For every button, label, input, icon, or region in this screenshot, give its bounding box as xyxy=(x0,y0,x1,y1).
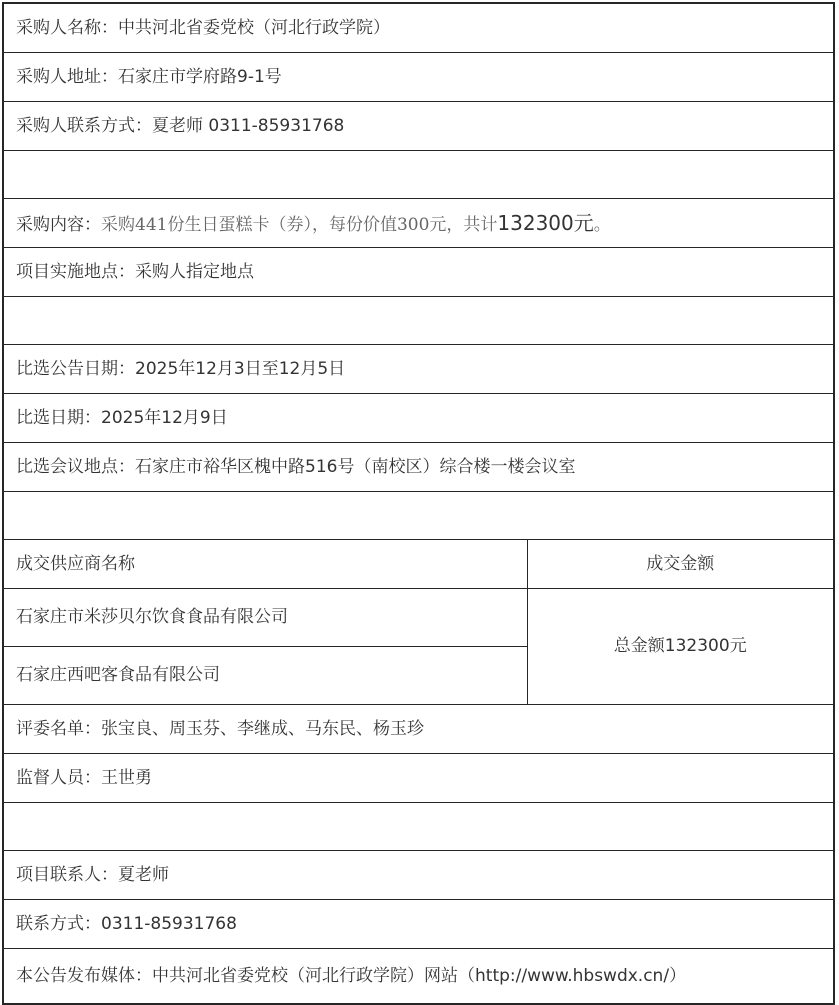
judges-value: 张宝良、周玉芬、李继成、马东民、杨玉珍 xyxy=(101,719,424,739)
implementation-location-label: 项目实施地点： xyxy=(16,262,135,282)
meeting-location-label: 比选会议地点： xyxy=(16,457,135,477)
purchaser-address-value: 石家庄市学府路9-1号 xyxy=(118,67,282,87)
supplier-name: 石家庄西吧客食品有限公司 xyxy=(16,665,220,685)
purchaser-name-cell: 采购人名称：中共河北省委党校（河北行政学院） xyxy=(3,3,834,53)
supplier-amount-header-cell: 成交金额 xyxy=(527,540,834,589)
row-purchaser-contact: 采购人联系方式：夏老师 0311-85931768 xyxy=(3,102,834,151)
spacer-cell xyxy=(3,492,834,540)
supplier-name-cell: 石家庄市米莎贝尔饮食食品有限公司 xyxy=(3,589,527,647)
contact-phone-label: 联系方式： xyxy=(16,914,101,934)
spacer-row xyxy=(3,803,834,851)
purchaser-address-cell: 采购人地址：石家庄市学府路9-1号 xyxy=(3,53,834,102)
purchase-content-amount: 132300元 xyxy=(497,211,593,235)
purchaser-name-value: 中共河北省委党校（河北行政学院） xyxy=(118,18,390,38)
purchaser-contact-cell: 采购人联系方式：夏老师 0311-85931768 xyxy=(3,102,834,151)
row-selection-date: 比选日期：2025年12月9日 xyxy=(3,394,834,443)
procurement-announcement-table: 采购人名称：中共河北省委党校（河北行政学院） 采购人地址：石家庄市学府路9-1号… xyxy=(2,2,835,1005)
row-supervisor: 监督人员：王世勇 xyxy=(3,754,834,803)
spacer-cell xyxy=(3,803,834,851)
supplier-amount-header: 成交金额 xyxy=(646,554,714,574)
purchase-content-detail: 采购441份生日蛋糕卡（券），每份价值300元，共计 xyxy=(101,215,497,235)
purchase-content-cell: 采购内容：采购441份生日蛋糕卡（券），每份价值300元，共计132300元。 xyxy=(3,199,834,248)
supplier-name: 石家庄市米莎贝尔饮食食品有限公司 xyxy=(16,607,288,627)
implementation-location-cell: 项目实施地点：采购人指定地点 xyxy=(3,248,834,297)
supervisor-cell: 监督人员：王世勇 xyxy=(3,754,834,803)
total-amount: 总金额132300元 xyxy=(614,636,747,656)
purchaser-address-label: 采购人地址： xyxy=(16,67,118,87)
supervisor-value: 王世勇 xyxy=(101,768,152,788)
row-project-contact: 项目联系人：夏老师 xyxy=(3,851,834,900)
row-announcement-date: 比选公告日期：2025年12月3日至12月5日 xyxy=(3,345,834,394)
purchaser-contact-value: 夏老师 0311-85931768 xyxy=(152,116,344,136)
announcement-date-label: 比选公告日期： xyxy=(16,359,135,379)
announcement-date-cell: 比选公告日期：2025年12月3日至12月5日 xyxy=(3,345,834,394)
total-amount-cell: 总金额132300元 xyxy=(527,589,834,705)
publish-media-cell: 本公告发布媒体：中共河北省委党校（河北行政学院）网站（http://www.hb… xyxy=(3,949,834,1005)
supplier-header-row: 成交供应商名称 成交金额 xyxy=(3,540,834,589)
purchaser-contact-label: 采购人联系方式： xyxy=(16,116,152,136)
row-purchaser-name: 采购人名称：中共河北省委党校（河北行政学院） xyxy=(3,3,834,53)
announcement-page: 采购人名称：中共河北省委党校（河北行政学院） 采购人地址：石家庄市学府路9-1号… xyxy=(0,0,839,988)
row-contact-phone: 联系方式：0311-85931768 xyxy=(3,900,834,949)
judges-cell: 评委名单：张宝良、周玉芬、李继成、马东民、杨玉珍 xyxy=(3,705,834,754)
purchase-content-label: 采购内容： xyxy=(16,215,101,235)
meeting-location-cell: 比选会议地点：石家庄市裕华区槐中路516号（南校区）综合楼一楼会议室 xyxy=(3,443,834,492)
purchaser-name-label: 采购人名称： xyxy=(16,18,118,38)
judges-label: 评委名单： xyxy=(16,719,101,739)
purchase-content-period: 。 xyxy=(594,215,611,235)
row-meeting-location: 比选会议地点：石家庄市裕华区槐中路516号（南校区）综合楼一楼会议室 xyxy=(3,443,834,492)
contact-phone-cell: 联系方式：0311-85931768 xyxy=(3,900,834,949)
announcement-date-value: 2025年12月3日至12月5日 xyxy=(135,359,345,379)
selection-date-value: 2025年12月9日 xyxy=(101,408,228,428)
project-contact-cell: 项目联系人：夏老师 xyxy=(3,851,834,900)
contact-phone-value: 0311-85931768 xyxy=(101,914,237,934)
row-implementation-location: 项目实施地点：采购人指定地点 xyxy=(3,248,834,297)
spacer-row xyxy=(3,297,834,345)
project-contact-value: 夏老师 xyxy=(118,865,169,885)
supplier-name-header-cell: 成交供应商名称 xyxy=(3,540,527,589)
row-publish-media: 本公告发布媒体：中共河北省委党校（河北行政学院）网站（http://www.hb… xyxy=(3,949,834,1005)
supplier-name-header: 成交供应商名称 xyxy=(16,554,135,574)
row-purchase-content: 采购内容：采购441份生日蛋糕卡（券），每份价值300元，共计132300元。 xyxy=(3,199,834,248)
row-judges: 评委名单：张宝良、周玉芬、李继成、马东民、杨玉珍 xyxy=(3,705,834,754)
selection-date-cell: 比选日期：2025年12月9日 xyxy=(3,394,834,443)
meeting-location-value: 石家庄市裕华区槐中路516号（南校区）综合楼一楼会议室 xyxy=(135,457,575,477)
supplier-row: 石家庄市米莎贝尔饮食食品有限公司 总金额132300元 xyxy=(3,589,834,647)
project-contact-label: 项目联系人： xyxy=(16,865,118,885)
spacer-row xyxy=(3,151,834,199)
publish-media-value: 中共河北省委党校（河北行政学院）网站（http://www.hbswdx.cn/… xyxy=(152,966,686,986)
selection-date-label: 比选日期： xyxy=(16,408,101,428)
supplier-name-cell: 石家庄西吧客食品有限公司 xyxy=(3,647,527,705)
row-purchaser-address: 采购人地址：石家庄市学府路9-1号 xyxy=(3,53,834,102)
spacer-cell xyxy=(3,297,834,345)
supervisor-label: 监督人员： xyxy=(16,768,101,788)
spacer-cell xyxy=(3,151,834,199)
implementation-location-value: 采购人指定地点 xyxy=(135,262,254,282)
spacer-row xyxy=(3,492,834,540)
publish-media-label: 本公告发布媒体： xyxy=(16,966,152,986)
